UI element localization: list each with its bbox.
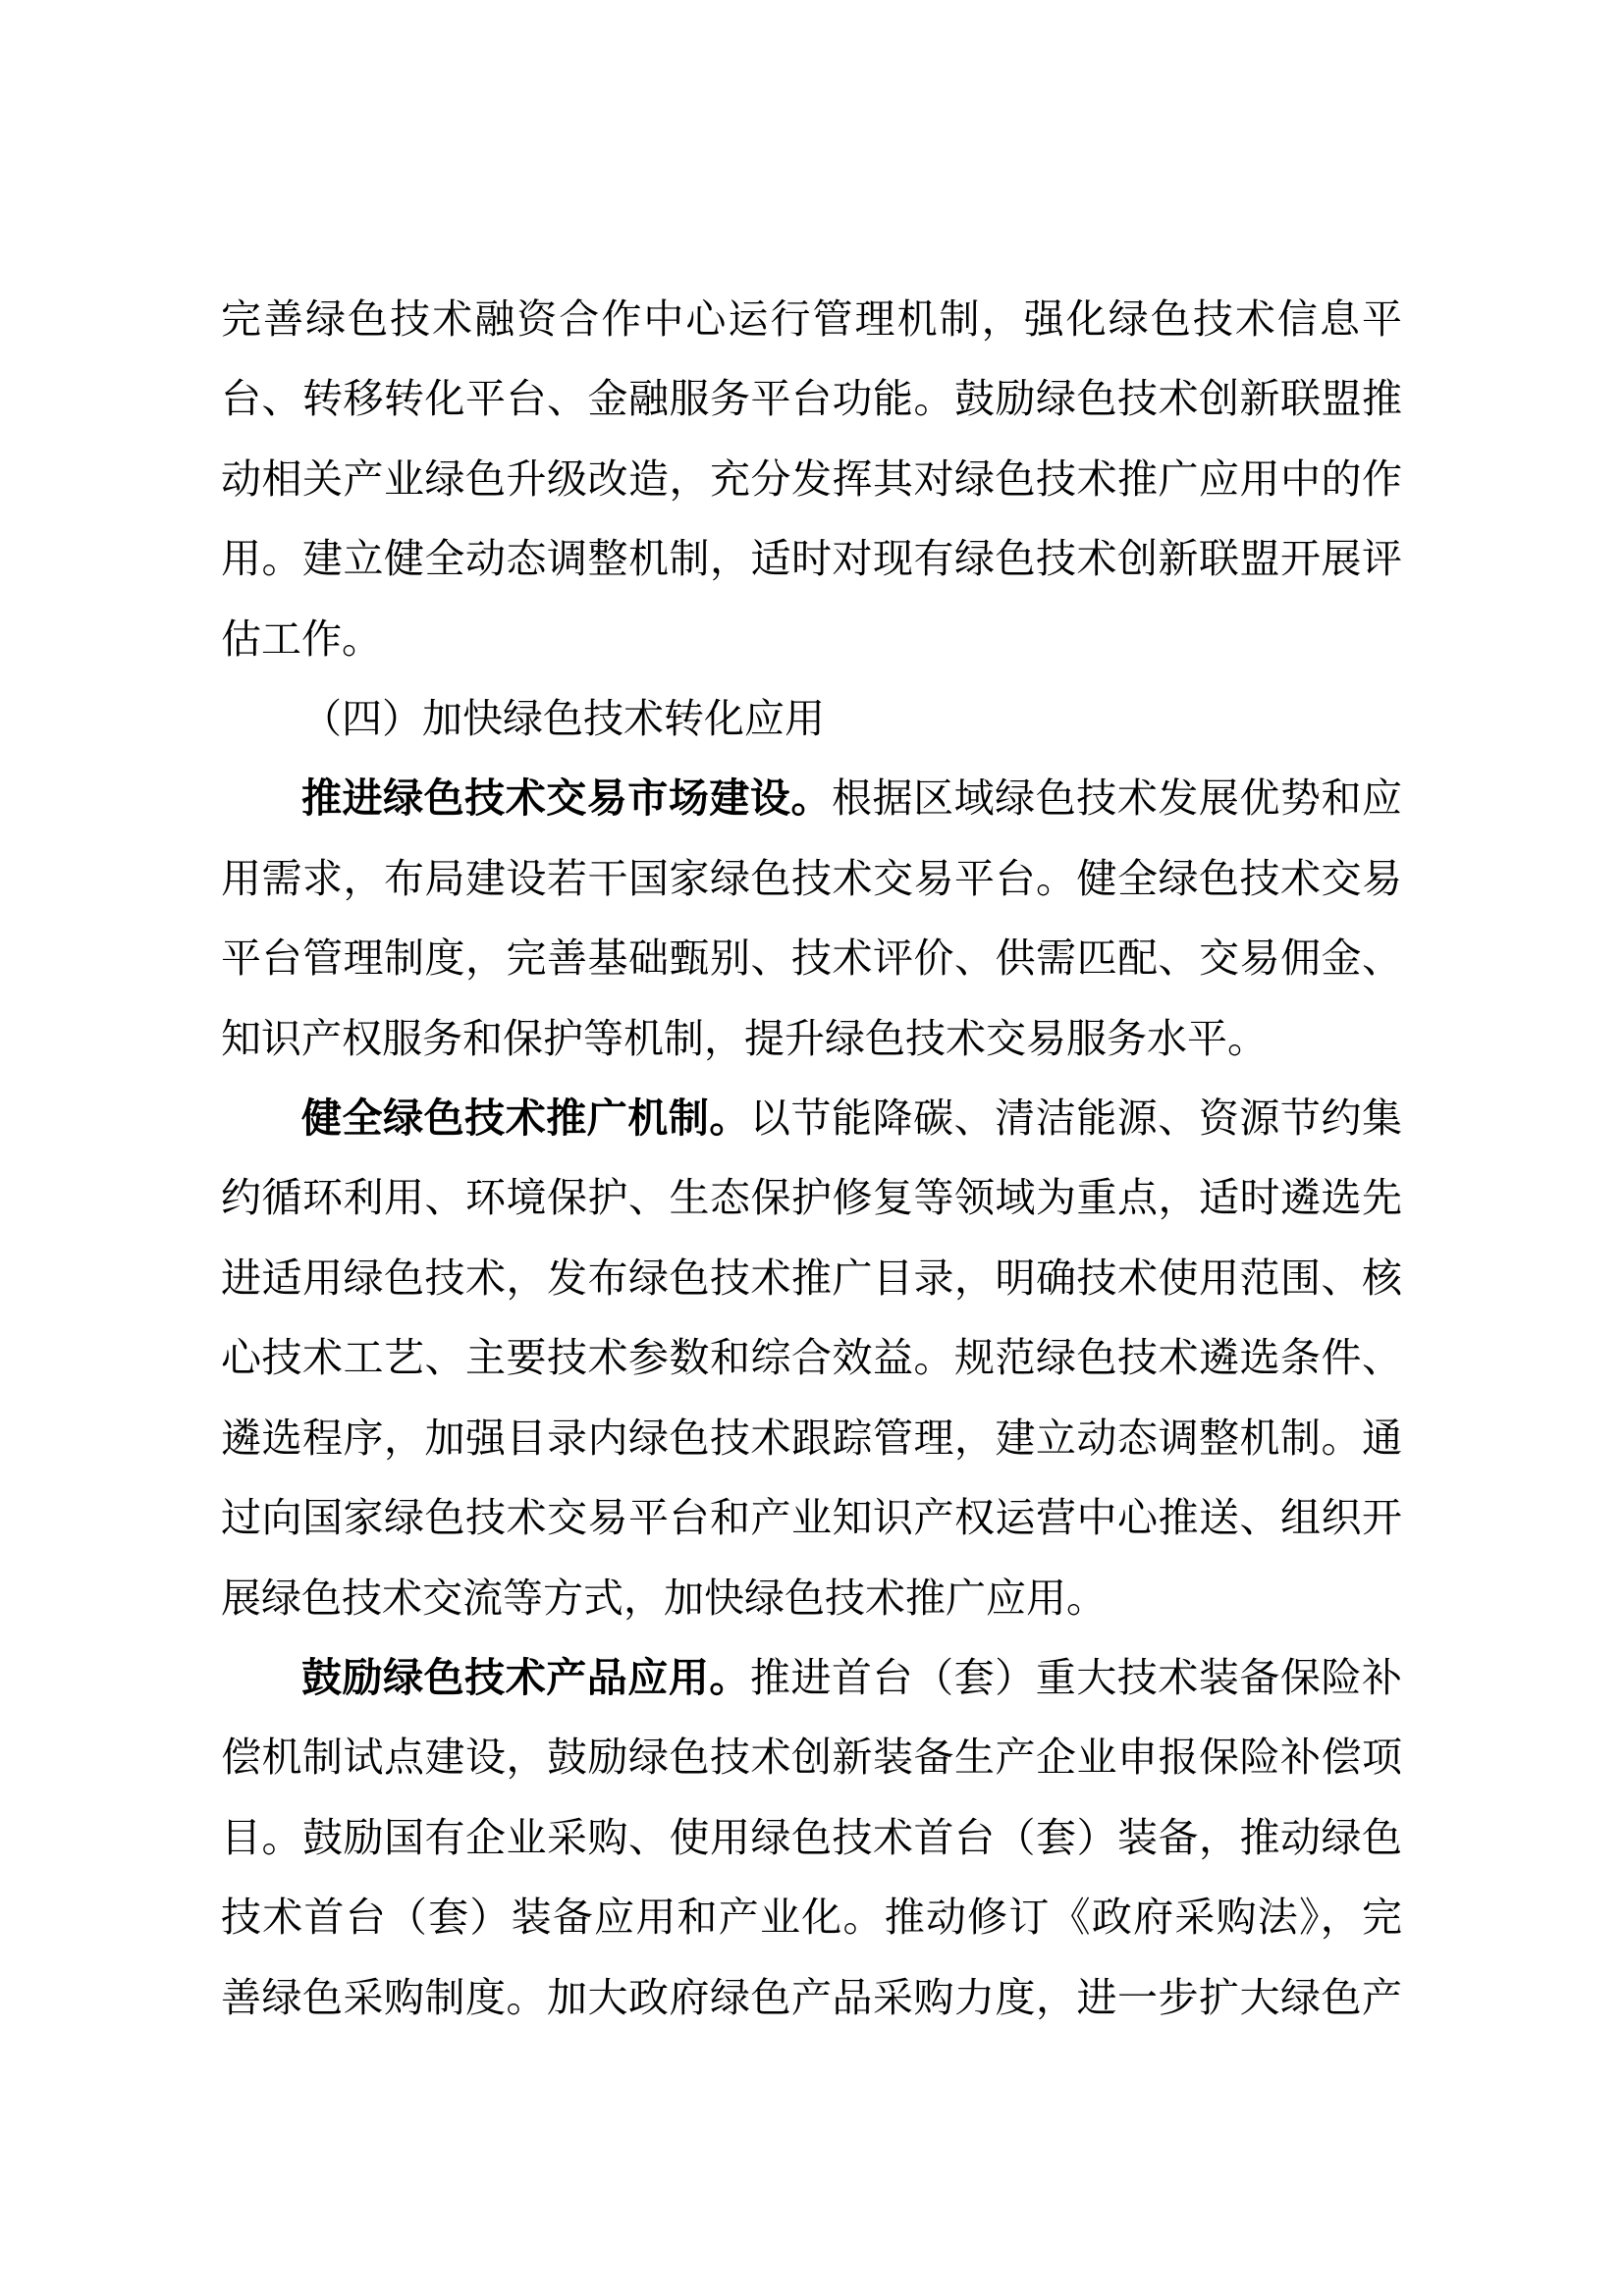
text-run: 心技术工艺、主要技术参数和综合效益。规范绿色技术遴选条件、	[221, 1335, 1402, 1380]
document-body: 完善绿色技术融资合作中心运行管理机制，强化绿色技术信息平台、转移转化平台、金融服…	[221, 280, 1402, 2038]
text-line: 遴选程序，加强目录内绿色技术跟踪管理，建立动态调整机制。通	[221, 1399, 1402, 1478]
text-run: 遴选程序，加强目录内绿色技术跟踪管理，建立动态调整机制。通	[221, 1415, 1402, 1461]
text-run: 目。鼓励国有企业采购、使用绿色技术首台（套）装备，推动绿色	[221, 1815, 1402, 1860]
text-line: 健全绿色技术推广机制。以节能降碳、清洁能源、资源节约集	[221, 1079, 1402, 1158]
text-line: 用需求，布局建设若干国家绿色技术交易平台。健全绿色技术交易	[221, 839, 1402, 919]
bold-lead-run: 鼓励绿色技术产品应用。	[301, 1655, 750, 1700]
text-run: 动相关产业绿色升级改造，充分发挥其对绿色技术推广应用中的作	[221, 456, 1402, 502]
text-line: 平台管理制度，完善基础甄别、技术评价、供需匹配、交易佣金、	[221, 919, 1402, 998]
text-run: 偿机制试点建设，鼓励绿色技术创新装备生产企业申报保险补偿项	[221, 1735, 1402, 1780]
bold-lead-run: 推进绿色技术交易市场建设。	[301, 775, 832, 821]
text-run: 推进首台（套）重大技术装备保险补	[750, 1655, 1402, 1700]
text-line: 推进绿色技术交易市场建设。根据区域绿色技术发展优势和应	[221, 759, 1402, 838]
para-trading-market: 推进绿色技术交易市场建设。根据区域绿色技术发展优势和应用需求，布局建设若干国家绿…	[221, 759, 1402, 1079]
text-line: 鼓励绿色技术产品应用。推进首台（套）重大技术装备保险补	[221, 1638, 1402, 1718]
para-promotion-mechanism: 健全绿色技术推广机制。以节能降碳、清洁能源、资源节约集约循环利用、环境保护、生态…	[221, 1079, 1402, 1638]
text-run: 进适用绿色技术，发布绿色技术推广目录，明确技术使用范围、核	[221, 1255, 1402, 1301]
text-line: 知识产权服务和保护等机制，提升绿色技术交易服务水平。	[221, 999, 1402, 1079]
bold-lead-run: 健全绿色技术推广机制。	[301, 1095, 750, 1141]
text-line: 进适用绿色技术，发布绿色技术推广目录，明确技术使用范围、核	[221, 1239, 1402, 1318]
text-run: 根据区域绿色技术发展优势和应	[832, 775, 1402, 821]
text-run: （四）加快绿色技术转化应用	[301, 696, 825, 741]
para-funding-center: 完善绿色技术融资合作中心运行管理机制，强化绿色技术信息平台、转移转化平台、金融服…	[221, 280, 1402, 679]
text-run: 知识产权服务和保护等机制，提升绿色技术交易服务水平。	[221, 1016, 1268, 1061]
text-line: 完善绿色技术融资合作中心运行管理机制，强化绿色技术信息平	[221, 280, 1402, 359]
text-run: 用。建立健全动态调整机制，适时对现有绿色技术创新联盟开展评	[221, 536, 1402, 581]
text-line: 估工作。	[221, 600, 1402, 679]
text-line: 善绿色采购制度。加大政府绿色产品采购力度，进一步扩大绿色产	[221, 1958, 1402, 2038]
text-line: 偿机制试点建设，鼓励绿色技术创新装备生产企业申报保险补偿项	[221, 1718, 1402, 1797]
text-run: 过向国家绿色技术交易平台和产业知识产权运营中心推送、组织开	[221, 1495, 1402, 1540]
heading-section-four: （四）加快绿色技术转化应用	[221, 679, 1402, 759]
document-page: 完善绿色技术融资合作中心运行管理机制，强化绿色技术信息平台、转移转化平台、金融服…	[0, 0, 1624, 2296]
para-product-application: 鼓励绿色技术产品应用。推进首台（套）重大技术装备保险补偿机制试点建设，鼓励绿色技…	[221, 1638, 1402, 2038]
text-line: 技术首台（套）装备应用和产业化。推动修订《政府采购法》，完	[221, 1878, 1402, 1957]
text-line: 台、转移转化平台、金融服务平台功能。鼓励绿色技术创新联盟推	[221, 359, 1402, 439]
text-run: 展绿色技术交流等方式，加快绿色技术推广应用。	[221, 1575, 1107, 1621]
text-run: 估工作。	[221, 616, 382, 662]
text-line: 约循环利用、环境保护、生态保护修复等领域为重点，适时遴选先	[221, 1158, 1402, 1238]
text-line: 心技术工艺、主要技术参数和综合效益。规范绿色技术遴选条件、	[221, 1318, 1402, 1398]
text-line: 用。建立健全动态调整机制，适时对现有绿色技术创新联盟开展评	[221, 519, 1402, 599]
text-run: 约循环利用、环境保护、生态保护修复等领域为重点，适时遴选先	[221, 1175, 1402, 1220]
text-line: 动相关产业绿色升级改造，充分发挥其对绿色技术推广应用中的作	[221, 440, 1402, 519]
text-run: 用需求，布局建设若干国家绿色技术交易平台。健全绿色技术交易	[221, 856, 1402, 901]
text-run: 平台管理制度，完善基础甄别、技术评价、供需匹配、交易佣金、	[221, 935, 1402, 981]
text-run: 台、转移转化平台、金融服务平台功能。鼓励绿色技术创新联盟推	[221, 376, 1402, 421]
text-run: 善绿色采购制度。加大政府绿色产品采购力度，进一步扩大绿色产	[221, 1975, 1402, 2020]
text-line: 展绿色技术交流等方式，加快绿色技术推广应用。	[221, 1559, 1402, 1638]
text-line: （四）加快绿色技术转化应用	[221, 679, 1402, 759]
text-run: 完善绿色技术融资合作中心运行管理机制，强化绿色技术信息平	[221, 296, 1402, 342]
text-line: 目。鼓励国有企业采购、使用绿色技术首台（套）装备，推动绿色	[221, 1798, 1402, 1878]
text-run: 以节能降碳、清洁能源、资源节约集	[750, 1095, 1402, 1141]
text-run: 技术首台（套）装备应用和产业化。推动修订《政府采购法》，完	[221, 1895, 1402, 1940]
text-line: 过向国家绿色技术交易平台和产业知识产权运营中心推送、组织开	[221, 1478, 1402, 1558]
